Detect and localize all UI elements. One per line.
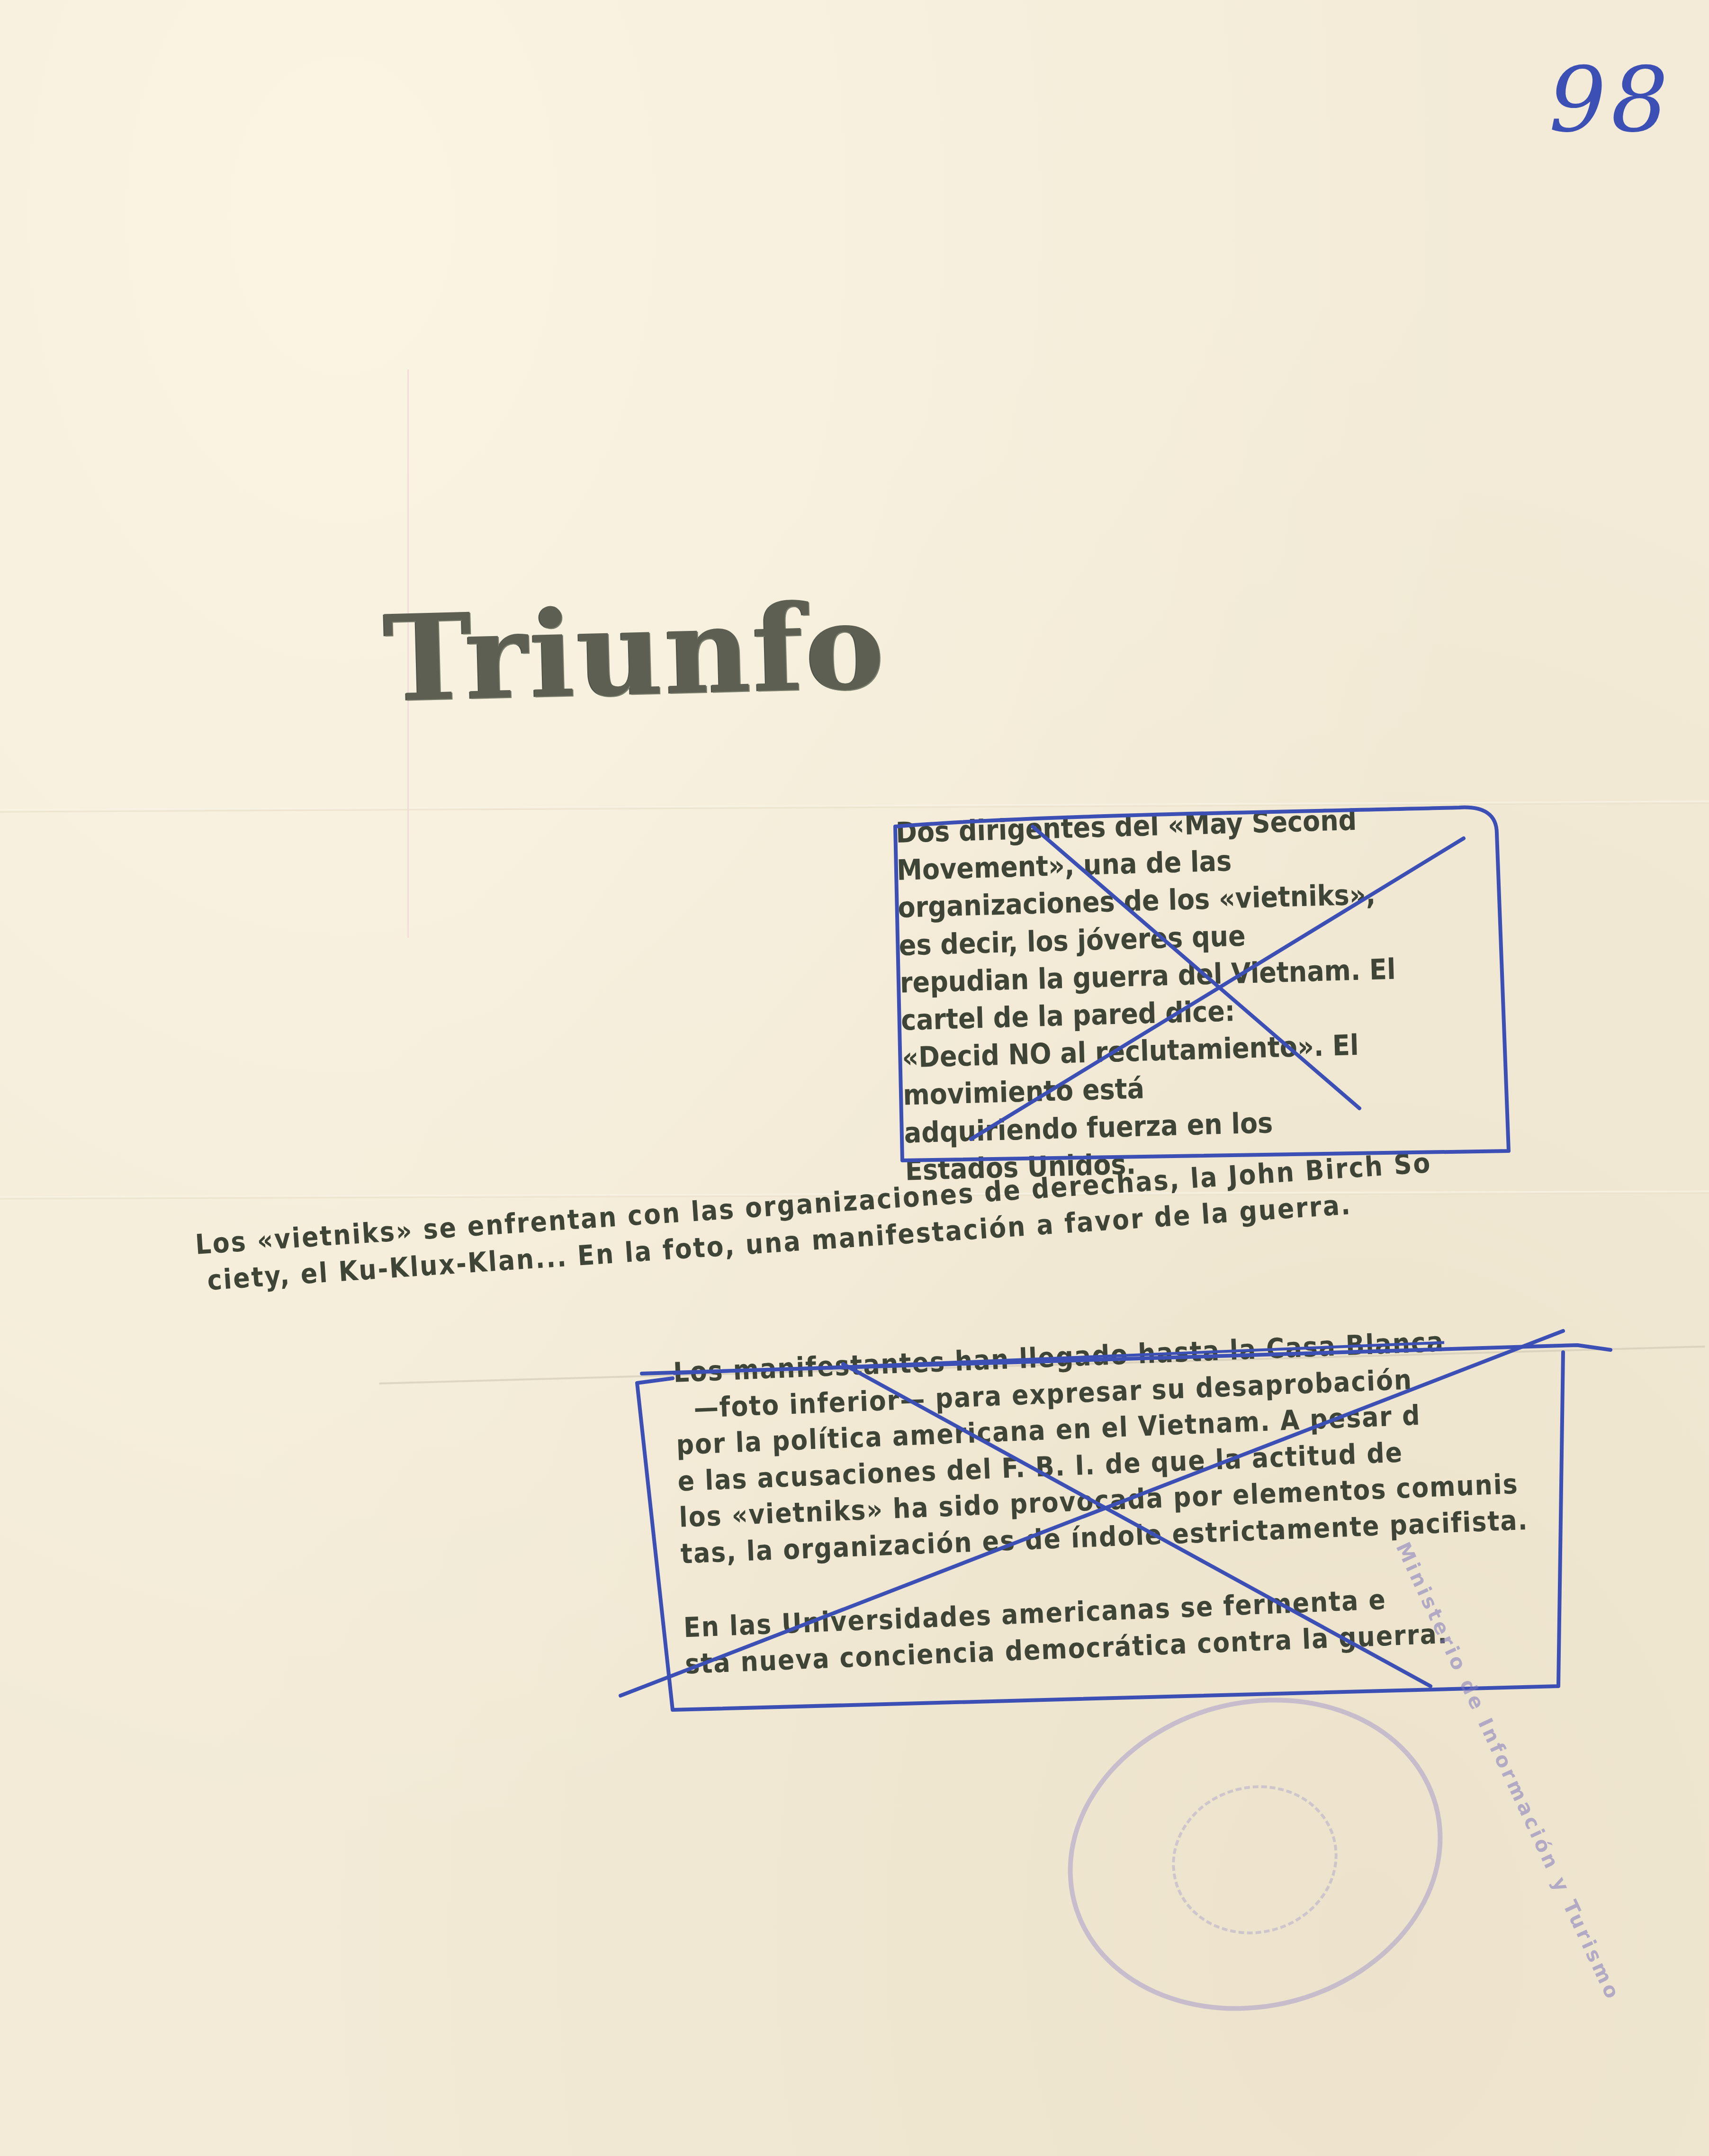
clipping-casa-blanca: Los manifestantes han llegado hasta la C…	[673, 1321, 1533, 1682]
stamp-emblem	[1155, 1767, 1355, 1952]
handwritten-page-number: 98	[1549, 47, 1673, 152]
clipping-may-second-movement: Dos dirigentes del «May Second Movement»…	[895, 801, 1402, 1190]
paper-background	[0, 0, 1709, 2156]
publication-title: Triunfo	[382, 576, 888, 728]
